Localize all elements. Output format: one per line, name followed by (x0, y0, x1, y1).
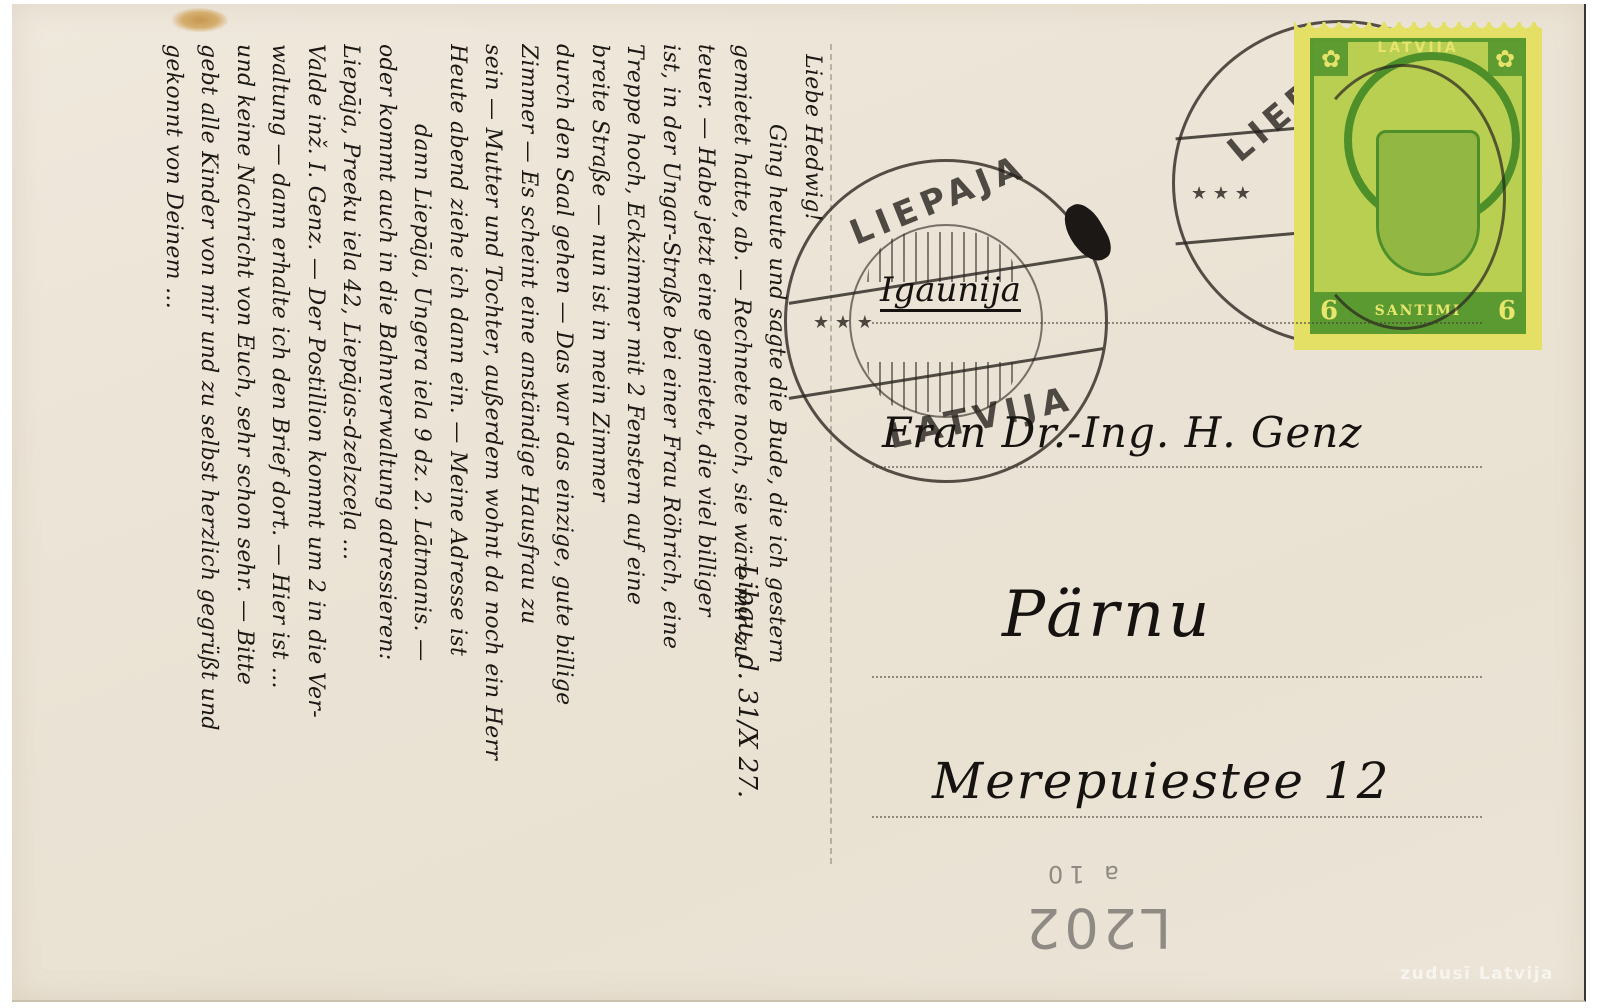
message-line: breite Straße — nun ist in mein Zimmer (582, 44, 618, 974)
message-date: Libau, d. 31/X 27. (732, 564, 762, 798)
message-line: teuer. — Habe jetzt eine gemietet, die v… (688, 44, 724, 974)
message-line: Zimmer — Es scheint eine anständige Haus… (511, 44, 547, 974)
message-line: und keine Nachricht von Euch, sehr schon… (227, 44, 263, 974)
message-line: Ging heute und sagte die Bude, die ich g… (759, 124, 795, 974)
message-line: Treppe hoch, Eckzimmer mit 2 Fenstern au… (617, 44, 653, 974)
message-line: gekonnt von Deinem ... (156, 44, 192, 974)
address-rule (872, 322, 1482, 324)
address-rule (872, 676, 1482, 678)
message-line: Liepāja, Preeku iela 42, Liepājas-dzelzc… (333, 44, 369, 974)
message-line: dann Liepāja, Ungera iela 9 dz. 2. Lātma… (404, 124, 440, 974)
postcard: Liebe Hedwig! Ging heute und sagte die B… (12, 4, 1586, 1002)
destination-country: Igaunija (880, 270, 1021, 310)
stamp-rosette-icon: ✿ (1488, 42, 1522, 76)
message-line: ist, in der Ungar-Straße bei einer Frau … (653, 44, 689, 974)
handwritten-message: Liebe Hedwig! Ging heute und sagte die B… (40, 44, 830, 974)
message-line: gemietet hatte, ab. — Rechnete noch, sie… (724, 44, 760, 974)
watermark: zudusī Latvija (1400, 964, 1554, 984)
message-line: oder kommt auch in die Bahnverwaltung ad… (369, 44, 405, 974)
message-line: durch den Saal gehen — Das war das einzi… (546, 44, 582, 974)
address-rule (872, 466, 1482, 468)
postmark-stars-icon: ★ ★ ★ (1191, 183, 1251, 204)
age-stain (172, 8, 228, 32)
message-line: waltung — dann erhalte ich den Brief dor… (262, 44, 298, 974)
recipient-name: Fran Dr.-Ing. H. Genz (882, 408, 1362, 457)
cancel-overlay (1300, 64, 1506, 330)
message-line: Valde inž. I. Genz. — Der Postillion kom… (298, 44, 334, 974)
card-divider (830, 44, 832, 864)
message-line: gebt alle Kinder von mir und zu selbst h… (191, 44, 227, 974)
message-greeting: Liebe Hedwig! (795, 54, 831, 974)
message-line: Heute abend ziehe ich dann ein. — Meine … (440, 44, 476, 974)
recipient-street: Merepuiestee 12 (932, 752, 1391, 810)
pencil-note: a 10 (1042, 860, 1119, 888)
postmark-stars-icon: ★ ★ ★ (813, 312, 873, 333)
address-rule (872, 816, 1482, 818)
stamp-rosette-icon: ✿ (1314, 42, 1348, 76)
stamp-value-right: 6 (1498, 296, 1516, 326)
pencil-inventory-number: L202 (1022, 896, 1171, 959)
message-line: sein — Mutter und Tochter, außerdem wohn… (475, 44, 511, 974)
recipient-city: Pärnu (1002, 578, 1213, 652)
